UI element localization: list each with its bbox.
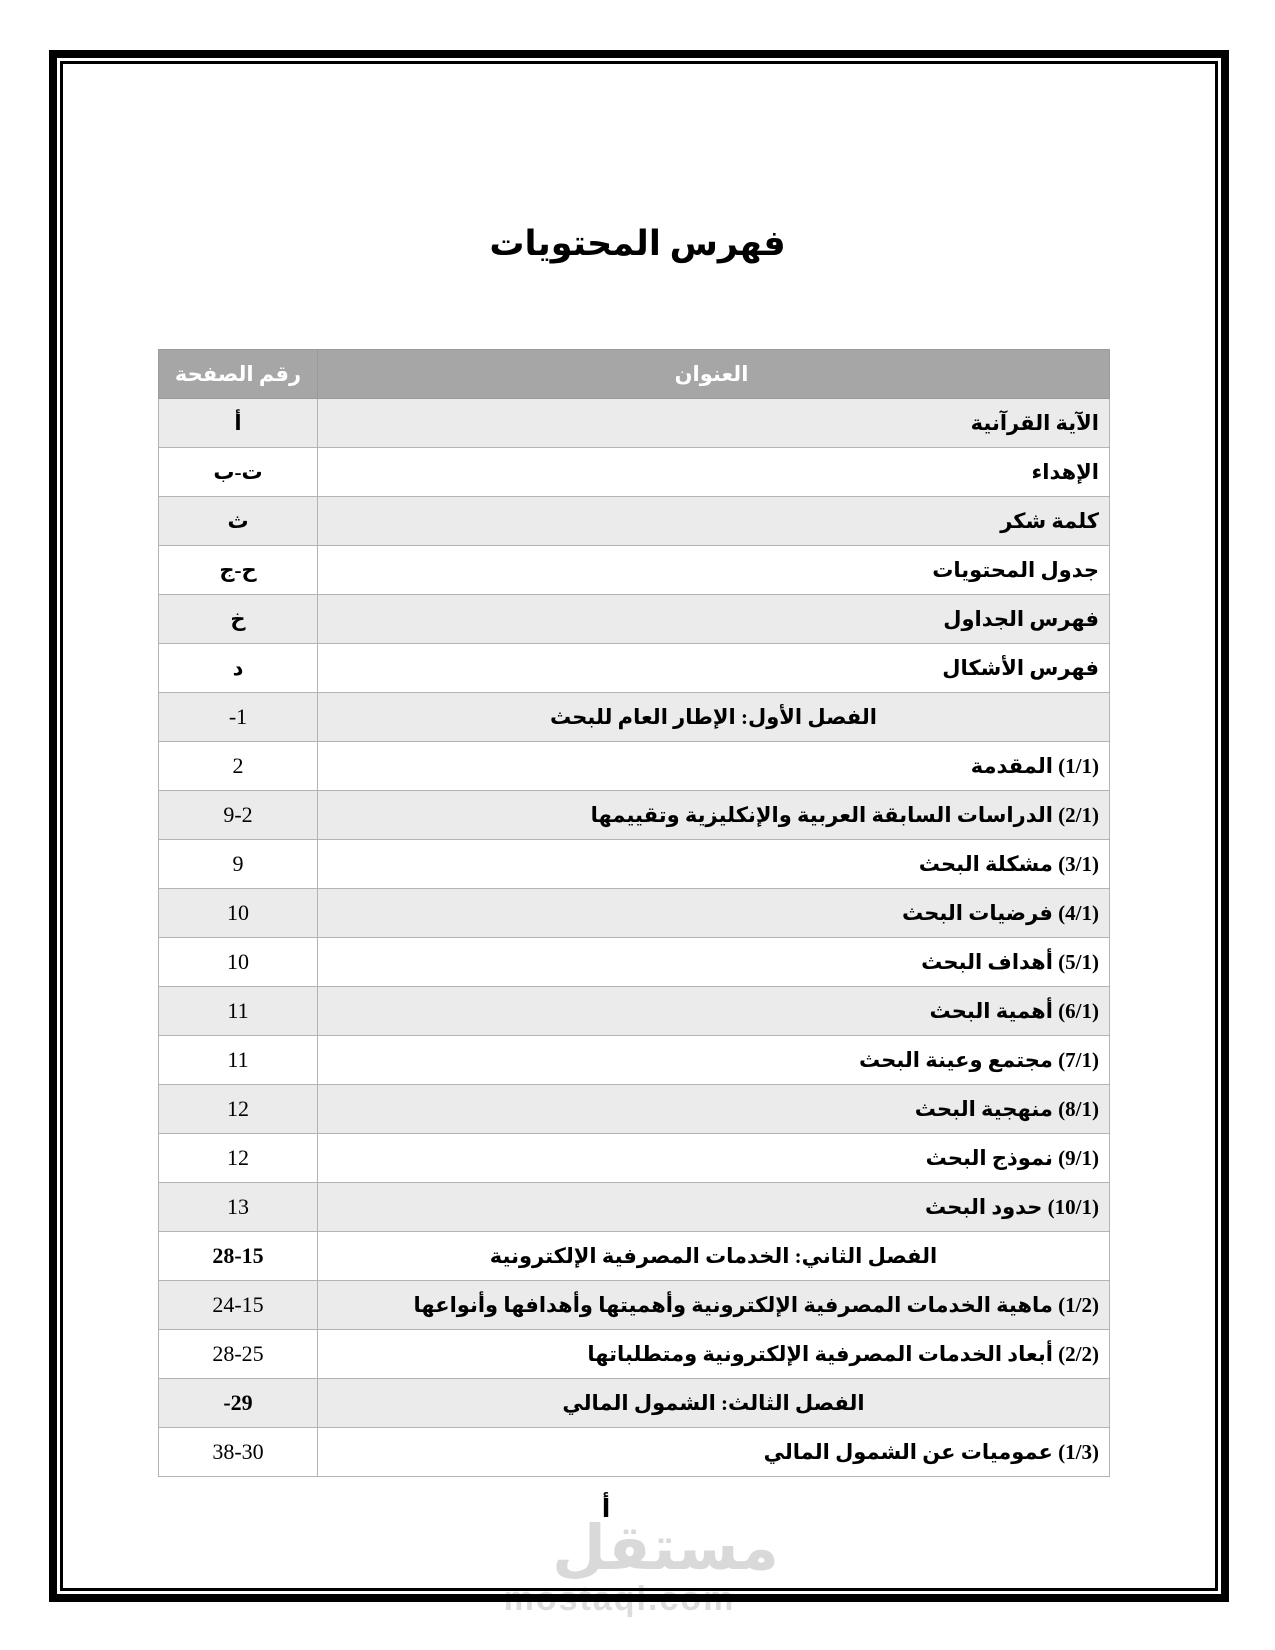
header-cell-title: العنوان xyxy=(318,350,1110,399)
page-number-value: 13 xyxy=(227,1194,249,1220)
table-row: (7/1) مجتمع وعينة البحث 11 xyxy=(159,1036,1110,1085)
table-row: الفصل الثالث: الشمول المالي -29 xyxy=(159,1379,1110,1428)
page-footer-letter: أ xyxy=(0,1494,1212,1524)
toc-entry-title: الفصل الثالث: الشمول المالي xyxy=(318,1379,1110,1428)
toc-entry-page: -1 xyxy=(159,693,318,742)
toc-entry-title: الإهداء xyxy=(318,448,1110,497)
page-number-value: ج-ح xyxy=(219,558,256,583)
toc-entry-page: 13 xyxy=(159,1183,318,1232)
page-number-value: د xyxy=(233,656,244,681)
table-row: (8/1) منهجية البحث 12 xyxy=(159,1085,1110,1134)
toc-entry-page: 11 xyxy=(159,987,318,1036)
page-number-value: 11 xyxy=(227,998,248,1024)
toc-entry-page: 2 xyxy=(159,742,318,791)
page-number-value: 28-15 xyxy=(212,1243,263,1269)
table-row: كلمة شكر ث xyxy=(159,497,1110,546)
page-number-value: 2 xyxy=(233,753,244,779)
toc-entry-title: فهرس الأشكال xyxy=(318,644,1110,693)
page-number-value: 9 xyxy=(233,851,244,877)
toc-entry-title: (1/3) عموميات عن الشمول المالي xyxy=(318,1428,1110,1477)
toc-entry-page: د xyxy=(159,644,318,693)
toc-entry-title: (1/1) المقدمة xyxy=(318,742,1110,791)
page-number-value: أ xyxy=(234,411,241,436)
table-row: فهرس الأشكال د xyxy=(159,644,1110,693)
table-row: (4/1) فرضيات البحث 10 xyxy=(159,889,1110,938)
toc-entry-title: (6/1) أهمية البحث xyxy=(318,987,1110,1036)
toc-entry-title: (4/1) فرضيات البحث xyxy=(318,889,1110,938)
table-row: (2/2) أبعاد الخدمات المصرفية الإلكترونية… xyxy=(159,1330,1110,1379)
toc-entry-title: الفصل الثاني: الخدمات المصرفية الإلكترون… xyxy=(318,1232,1110,1281)
page-title: فهرس المحتويات xyxy=(0,224,1275,264)
watermark-latin-text: mostaql.com xyxy=(0,1580,1257,1619)
table-row: الإهداء ب-ت xyxy=(159,448,1110,497)
table-row: فهرس الجداول خ xyxy=(159,595,1110,644)
toc-entry-page: 10 xyxy=(159,889,318,938)
toc-entry-page: ث xyxy=(159,497,318,546)
page-number-value: 10 xyxy=(227,949,249,975)
toc-entry-title: (2/1) الدراسات السابقة العربية والإنكليز… xyxy=(318,791,1110,840)
toc-entry-title: (8/1) منهجية البحث xyxy=(318,1085,1110,1134)
page-number-value: 11 xyxy=(227,1047,248,1073)
table-row: (1/2) ماهية الخدمات المصرفية الإلكترونية… xyxy=(159,1281,1110,1330)
page-number-value: خ xyxy=(230,607,245,632)
table-row: (2/1) الدراسات السابقة العربية والإنكليز… xyxy=(159,791,1110,840)
page-number-value: ب-ت xyxy=(213,460,262,485)
page-number-value: 9-2 xyxy=(223,802,252,828)
table-row: جدول المحتويات ج-ح xyxy=(159,546,1110,595)
toc-entry-page: 24-15 xyxy=(159,1281,318,1330)
table-row: (6/1) أهمية البحث 11 xyxy=(159,987,1110,1036)
table-row: (3/1) مشكلة البحث 9 xyxy=(159,840,1110,889)
table-row: (1/1) المقدمة 2 xyxy=(159,742,1110,791)
table-row: (10/1) حدود البحث 13 xyxy=(159,1183,1110,1232)
table-row: (5/1) أهداف البحث 10 xyxy=(159,938,1110,987)
toc-entry-page: 9-2 xyxy=(159,791,318,840)
watermark-arabic-text: مستقل xyxy=(28,1518,1275,1580)
toc-entry-title: (10/1) حدود البحث xyxy=(318,1183,1110,1232)
table-row: الفصل الأول: الإطار العام للبحث -1 xyxy=(159,693,1110,742)
toc-entry-page: أ xyxy=(159,399,318,448)
toc-entry-page: 10 xyxy=(159,938,318,987)
toc-entry-page: 12 xyxy=(159,1134,318,1183)
toc-entry-page: 28-15 xyxy=(159,1232,318,1281)
header-cell-page-number: رقم الصفحة xyxy=(159,350,318,399)
toc-entry-page: ج-ح xyxy=(159,546,318,595)
table-row: (9/1) نموذج البحث 12 xyxy=(159,1134,1110,1183)
document-page: فهرس المحتويات العنوان رقم الصفحة الآية … xyxy=(0,0,1275,1650)
toc-entry-title: الفصل الأول: الإطار العام للبحث xyxy=(318,693,1110,742)
page-number-value: ث xyxy=(227,509,248,534)
page-number-value: -29 xyxy=(223,1390,252,1416)
toc-entry-title: (5/1) أهداف البحث xyxy=(318,938,1110,987)
toc-entry-title: كلمة شكر xyxy=(318,497,1110,546)
toc-entry-title: الآية القرآنية xyxy=(318,399,1110,448)
toc-entry-page: 12 xyxy=(159,1085,318,1134)
toc-table: العنوان رقم الصفحة الآية القرآنية أ الإه… xyxy=(158,349,1110,1477)
table-row: (1/3) عموميات عن الشمول المالي 38-30 xyxy=(159,1428,1110,1477)
page-number-value: -1 xyxy=(229,704,247,730)
toc-entry-page: 9 xyxy=(159,840,318,889)
toc-entry-title: (9/1) نموذج البحث xyxy=(318,1134,1110,1183)
toc-entry-page: 11 xyxy=(159,1036,318,1085)
table-row: الفصل الثاني: الخدمات المصرفية الإلكترون… xyxy=(159,1232,1110,1281)
toc-header-row: العنوان رقم الصفحة xyxy=(159,350,1110,399)
toc-entry-title: (3/1) مشكلة البحث xyxy=(318,840,1110,889)
toc-entry-page: ب-ت xyxy=(159,448,318,497)
toc-entry-title: جدول المحتويات xyxy=(318,546,1110,595)
table-row: الآية القرآنية أ xyxy=(159,399,1110,448)
page-number-value: 28-25 xyxy=(212,1341,263,1367)
toc-entry-page: 28-25 xyxy=(159,1330,318,1379)
toc-entry-page: -29 xyxy=(159,1379,318,1428)
toc-entry-title: (7/1) مجتمع وعينة البحث xyxy=(318,1036,1110,1085)
page-number-value: 12 xyxy=(227,1145,249,1171)
watermark: مستقل mostaql.com xyxy=(0,1518,1275,1619)
toc-entry-page: خ xyxy=(159,595,318,644)
page-number-value: 10 xyxy=(227,900,249,926)
page-number-value: 24-15 xyxy=(212,1292,263,1318)
page-number-value: 12 xyxy=(227,1096,249,1122)
toc-entry-title: (2/2) أبعاد الخدمات المصرفية الإلكترونية… xyxy=(318,1330,1110,1379)
toc-entry-page: 38-30 xyxy=(159,1428,318,1477)
toc-entry-title: فهرس الجداول xyxy=(318,595,1110,644)
page-number-value: 38-30 xyxy=(212,1439,263,1465)
toc-entry-title: (1/2) ماهية الخدمات المصرفية الإلكترونية… xyxy=(318,1281,1110,1330)
